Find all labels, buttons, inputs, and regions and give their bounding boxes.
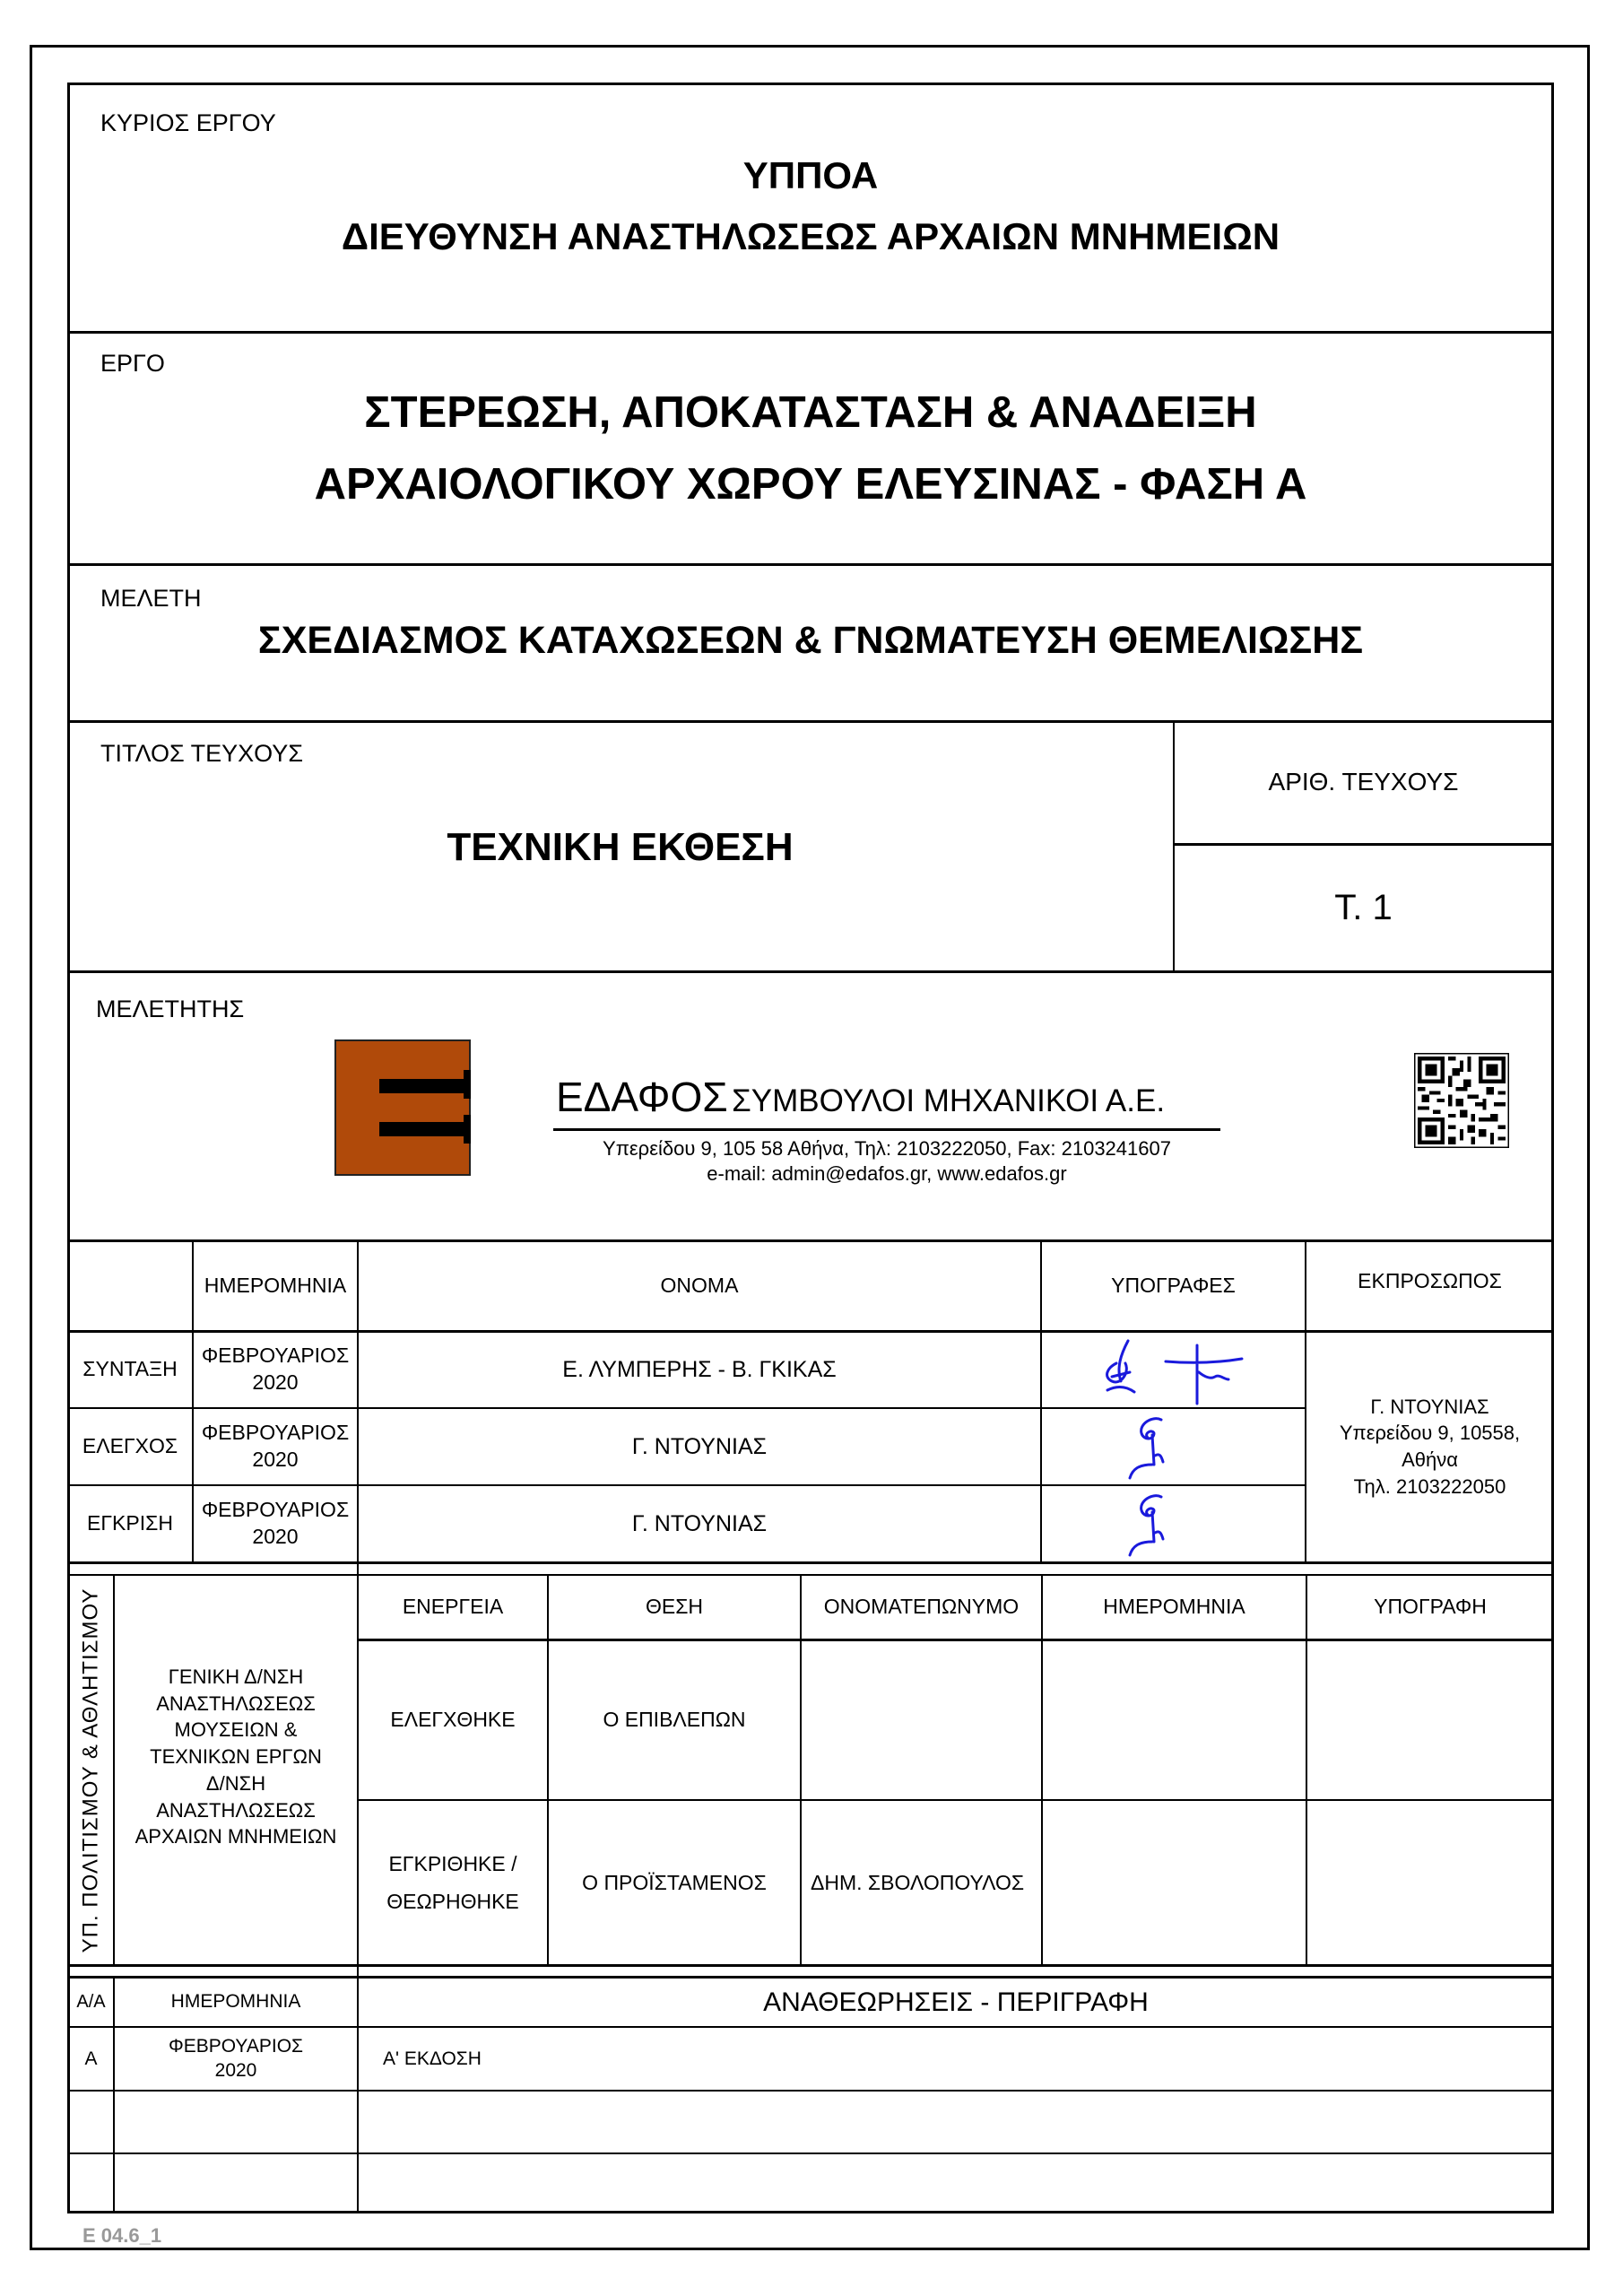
date-month: ΦΕΒΡΟΥΑΡΙΟΣ	[202, 1420, 349, 1447]
authority-signature	[1306, 1641, 1554, 1799]
department-line: ΤΕΧΝΙΚΩΝ ΕΡΓΩΝ	[150, 1744, 322, 1770]
owner-title: ΥΠΠΟΑ	[67, 154, 1554, 197]
department-name: ΓΕΝΙΚΗ Δ/ΝΣΗ ΑΝΑΣΤΗΛΩΣΕΩΣ ΜΟΥΣΕΙΩΝ & ΤΕΧ…	[114, 1576, 358, 1965]
revision-index	[69, 2154, 113, 2212]
signoff-date: ΦΕΒΡΟΥΑΡΙΟΣ2020	[193, 1409, 358, 1484]
qr-code-icon[interactable]	[1414, 1053, 1509, 1148]
representative-city: Αθήνα	[1402, 1447, 1458, 1474]
volume-number-label: ΑΡΙΘ. ΤΕΥΧΟΥΣ	[1173, 720, 1554, 844]
divider	[67, 1964, 1554, 1967]
date-month: ΦΕΒΡΟΥΑΡΙΟΣ	[169, 2035, 303, 2058]
signoff-name: Ε. ΛΥΜΠΕΡΗΣ - Β. ΓΚΙΚΑΣ	[358, 1332, 1041, 1407]
authority-position: Ο ΠΡΟΪΣΤΑΜΕΝΟΣ	[548, 1801, 801, 1965]
signoff-date: ΦΕΒΡΟΥΑΡΙΟΣ2020	[193, 1486, 358, 1561]
signoff-name: Γ. ΝΤΟΥΝΙΑΣ	[358, 1486, 1041, 1561]
authority-header-date: ΗΜΕΡΟΜΗΝΙΑ	[1042, 1576, 1306, 1639]
authority-action: ΕΛΕΓΧΘΗΚΕ	[358, 1641, 548, 1799]
date-year: 2020	[252, 1447, 298, 1474]
company-underline	[553, 1128, 1220, 1131]
authority-date	[1042, 1641, 1306, 1799]
revision-date	[114, 2092, 358, 2152]
revision-index: Α	[69, 2028, 113, 2090]
study-label: ΜΕΛΕΤΗ	[100, 585, 202, 613]
revisions-header-index: Α/Α	[69, 1978, 113, 2026]
authority-header-position: ΘΕΣΗ	[548, 1576, 801, 1639]
authority-header-action: ΕΝΕΡΓΕΙΑ	[358, 1576, 548, 1639]
department-line: ΑΝΑΣΤΗΛΩΣΕΩΣ	[156, 1691, 316, 1718]
authority-header-fullname: ΟΝΟΜΑΤΕΠΩΝΥΜΟ	[801, 1576, 1042, 1639]
signoff-header-signatures: ΥΠΟΓΡΑΦΕΣ	[1041, 1240, 1306, 1331]
representative-info: Γ. ΝΤΟΥΝΙΑΣ Υπερείδου 9, 10558, Αθήνα Τη…	[1306, 1332, 1554, 1561]
signoff-role: ΕΛΕΓΧΟΣ	[67, 1409, 193, 1484]
company-contact: e-mail: admin@edafos.gr, www.edafos.gr	[553, 1162, 1220, 1186]
volume-number: Τ. 1	[1173, 845, 1554, 970]
authority-position: Ο ΕΠΙΒΛΕΠΩΝ	[548, 1641, 801, 1799]
revision-description	[358, 2092, 1554, 2152]
action-line: ΘΕΩΡΗΘΗΚΕ	[386, 1883, 519, 1920]
owner-subtitle: ΔΙΕΥΘΥΝΣΗ ΑΝΑΣΤΗΛΩΣΕΩΣ ΑΡΧΑΙΩΝ ΜΝΗΜΕΙΩΝ	[67, 215, 1554, 258]
department-line: Δ/ΝΣΗ	[206, 1770, 265, 1797]
department-line: ΑΝΑΣΤΗΛΩΣΕΩΣ	[156, 1797, 316, 1824]
signoff-date: ΦΕΒΡΟΥΑΡΙΟΣ2020	[193, 1332, 358, 1407]
authority-fullname: ΔΗΜ. ΣΒΟΛΟΠΟΥΛΟΣ	[801, 1801, 1042, 1965]
project-title-line1: ΣΤΕΡΕΩΣΗ, ΑΠΟΚΑΤΑΣΤΑΣΗ & ΑΝΑΔΕΙΞΗ	[67, 387, 1554, 438]
date-year: 2020	[252, 1370, 298, 1396]
signature-icon	[1125, 1492, 1179, 1564]
signoff-role: ΣΥΝΤΑΞΗ	[67, 1332, 193, 1407]
date-year: 2020	[215, 2059, 257, 2083]
owner-label: ΚΥΡΙΟΣ ΕΡΓΟΥ	[100, 109, 276, 137]
signoff-name: Γ. ΝΤΟΥΝΙΑΣ	[358, 1409, 1041, 1484]
authority-header-signature: ΥΠΟΓΡΑΦΗ	[1306, 1576, 1554, 1639]
department-line: ΜΟΥΣΕΙΩΝ &	[175, 1717, 298, 1744]
date-month: ΦΕΒΡΟΥΑΡΙΟΣ	[202, 1343, 349, 1370]
date-year: 2020	[252, 1524, 298, 1551]
signoff-header-empty	[67, 1240, 193, 1331]
signature-icon	[1125, 1415, 1179, 1487]
department-line: ΓΕΝΙΚΗ Δ/ΝΣΗ	[169, 1664, 303, 1691]
revision-date: ΦΕΒΡΟΥΑΡΙΟΣ2020	[114, 2028, 358, 2090]
project-title-line2: ΑΡΧΑΙΟΛΟΓΙΚΟΥ ΧΩΡΟΥ ΕΛΕΥΣΙΝΑΣ - ΦΑΣΗ Α	[67, 459, 1554, 509]
volume-label: ΤΙΤΛΟΣ ΤΕΥΧΟΥΣ	[100, 740, 303, 768]
authority-signature	[1306, 1801, 1554, 1965]
revisions-header-description: ΑΝΑΘΕΩΡΗΣΕΙΣ - ΠΕΡΙΓΡΑΦΗ	[358, 1978, 1554, 2026]
authority-fullname	[801, 1641, 1042, 1799]
project-label: ΕΡΓΟ	[100, 350, 165, 378]
divider	[67, 970, 1554, 973]
ministry-text: ΥΠ. ΠΟΛΙΤΙΣΜΟΥ & ΑΘΛΗΤΙΣΜΟΥ	[79, 1588, 104, 1953]
edafos-logo-icon	[334, 1039, 473, 1176]
signoff-role: ΕΓΚΡΙΣΗ	[67, 1486, 193, 1561]
action-line: ΕΓΚΡΙΘΗΚΕ /	[388, 1846, 516, 1883]
revision-date	[114, 2154, 358, 2212]
signoff-header-date: ΗΜΕΡΟΜΗΝΙΑ	[193, 1240, 358, 1331]
representative-phone: Τηλ. 2103222050	[1354, 1474, 1506, 1500]
volume-title: ΤΕΧΝΙΚΗ ΕΚΘΕΣΗ	[67, 825, 1173, 870]
representative-address: Υπερείδου 9, 10558,	[1340, 1420, 1520, 1447]
revision-description: Α' ΕΚΔΟΣΗ	[358, 2028, 1554, 2090]
signoff-header-representative: ΕΚΠΡΟΣΩΠΟΣ	[1306, 1240, 1554, 1331]
date-month: ΦΕΒΡΟΥΑΡΙΟΣ	[202, 1497, 349, 1524]
representative-name: Γ. ΝΤΟΥΝΙΑΣ	[1370, 1394, 1488, 1421]
signature-icon	[1098, 1336, 1278, 1413]
department-line: ΑΡΧΑΙΩΝ ΜΝΗΜΕΙΩΝ	[135, 1823, 337, 1850]
document-code: E 04.6_1	[82, 2224, 161, 2248]
designer-label: ΜΕΛΕΤΗΤΗΣ	[96, 996, 244, 1023]
divider	[67, 331, 1554, 334]
company-name-suffix: ΣΥΜΒΟΥΛΟΙ ΜΗΧΑΝΙΚΟΙ Α.Ε.	[732, 1083, 1165, 1118]
authority-action: ΕΓΚΡΙΘΗΚΕ / ΘΕΩΡΗΘΗΚΕ	[358, 1801, 548, 1965]
revisions-header-date: ΗΜΕΡΟΜΗΝΙΑ	[114, 1978, 358, 2026]
company-name: ΕΔΑΦΟΣ ΣΥΜΒΟΥΛΟΙ ΜΗΧΑΝΙΚΟΙ Α.Ε.	[556, 1073, 1165, 1121]
company-address: Υπερείδου 9, 105 58 Αθήνα, Τηλ: 21032220…	[553, 1137, 1220, 1161]
company-name-main: ΕΔΑΦΟΣ	[556, 1074, 728, 1120]
divider	[67, 1561, 1554, 1564]
revision-index	[69, 2092, 113, 2152]
divider	[67, 563, 1554, 566]
revision-description	[358, 2154, 1554, 2212]
ministry-vertical-label: ΥΠ. ΠΟΛΙΤΙΣΜΟΥ & ΑΘΛΗΤΙΣΜΟΥ	[69, 1576, 113, 1965]
study-title: ΣΧΕΔΙΑΣΜΟΣ ΚΑΤΑΧΩΣΕΩΝ & ΓΝΩΜΑΤΕΥΣΗ ΘΕΜΕΛ…	[67, 619, 1554, 663]
signoff-header-name: ΟΝΟΜΑ	[358, 1240, 1041, 1331]
authority-date	[1042, 1801, 1306, 1965]
